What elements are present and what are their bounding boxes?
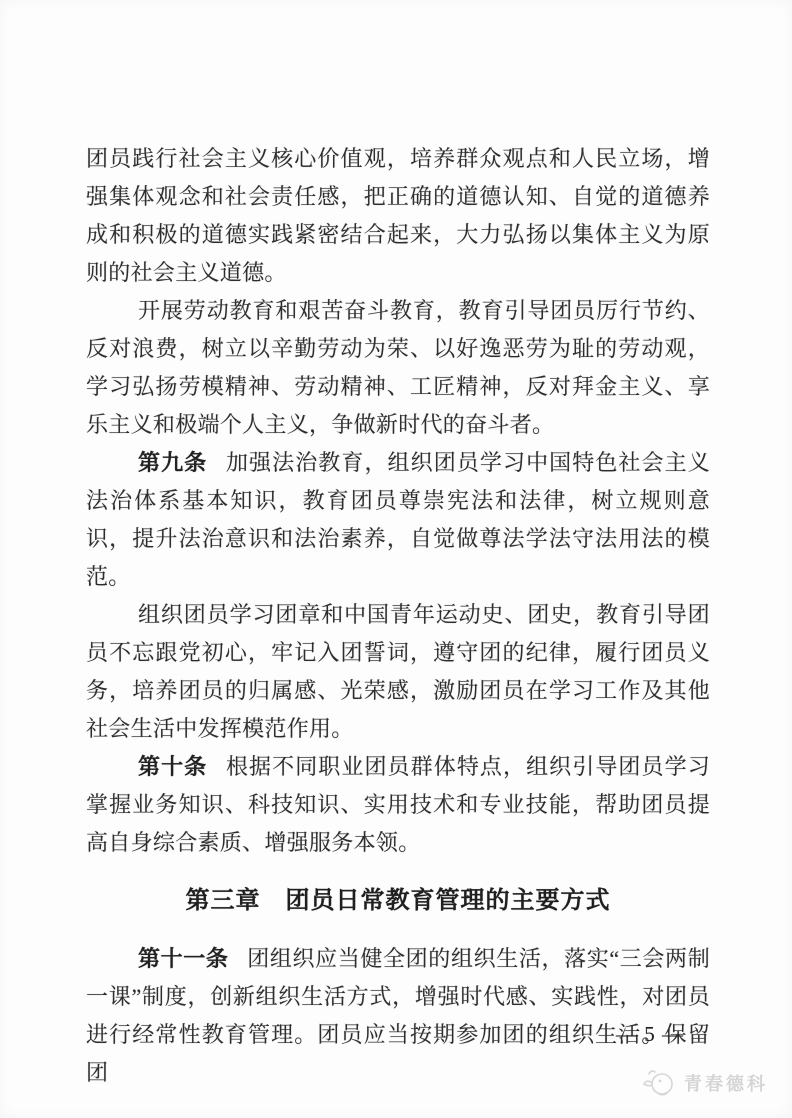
paragraph: 组织团员学习团章和中国青年运动史、团史，教育引导团员不忘跟党初心，牢记入团誓词，… <box>86 596 710 748</box>
chapter-heading: 第三章 团员日常教育管理的主要方式 <box>86 882 710 920</box>
paragraph-text: 开展劳动教育和艰苦奋斗教育，教育引导团员厉行节约、反对浪费，树立以辛勤劳动为荣、… <box>86 298 710 437</box>
paragraph-article-11: 第十一条团组织应当健全团的组织生活，落实“三会两制一课”制度，创新组织生活方式，… <box>86 940 710 1092</box>
article-number: 第十一条 <box>138 946 229 971</box>
article-number: 第九条 <box>138 450 207 475</box>
paragraph-text: 团员践行社会主义核心价值观，培养群众观点和人民立场，增强集体观念和社会责任感，把… <box>86 146 710 285</box>
paragraph-article-10: 第十条根据不同职业团员群体特点，组织引导团员学习掌握业务知识、科技知识、实用技术… <box>86 748 710 862</box>
paragraph-article-9: 第九条加强法治教育，组织团员学习中国特色社会主义法治体系基本知识，教育团员尊崇宪… <box>86 444 710 596</box>
article-number: 第十条 <box>138 754 207 779</box>
watermark-logo-icon <box>641 1067 677 1099</box>
page-number: — 5 — <box>608 1022 692 1047</box>
watermark: 青春德科 <box>641 1067 768 1099</box>
paragraph: 团员践行社会主义核心价值观，培养群众观点和人民立场，增强集体观念和社会责任感，把… <box>86 140 710 292</box>
paragraph: 开展劳动教育和艰苦奋斗教育，教育引导团员厉行节约、反对浪费，树立以辛勤劳动为荣、… <box>86 292 710 444</box>
document-page: 团员践行社会主义核心价值观，培养群众观点和人民立场，增强集体观念和社会责任感，把… <box>0 0 792 1118</box>
document-body: 团员践行社会主义核心价值观，培养群众观点和人民立场，增强集体观念和社会责任感，把… <box>86 140 710 1092</box>
watermark-text: 青春德科 <box>684 1070 768 1096</box>
paragraph-text: 组织团员学习团章和中国青年运动史、团史，教育引导团员不忘跟党初心，牢记入团誓词，… <box>86 602 710 741</box>
